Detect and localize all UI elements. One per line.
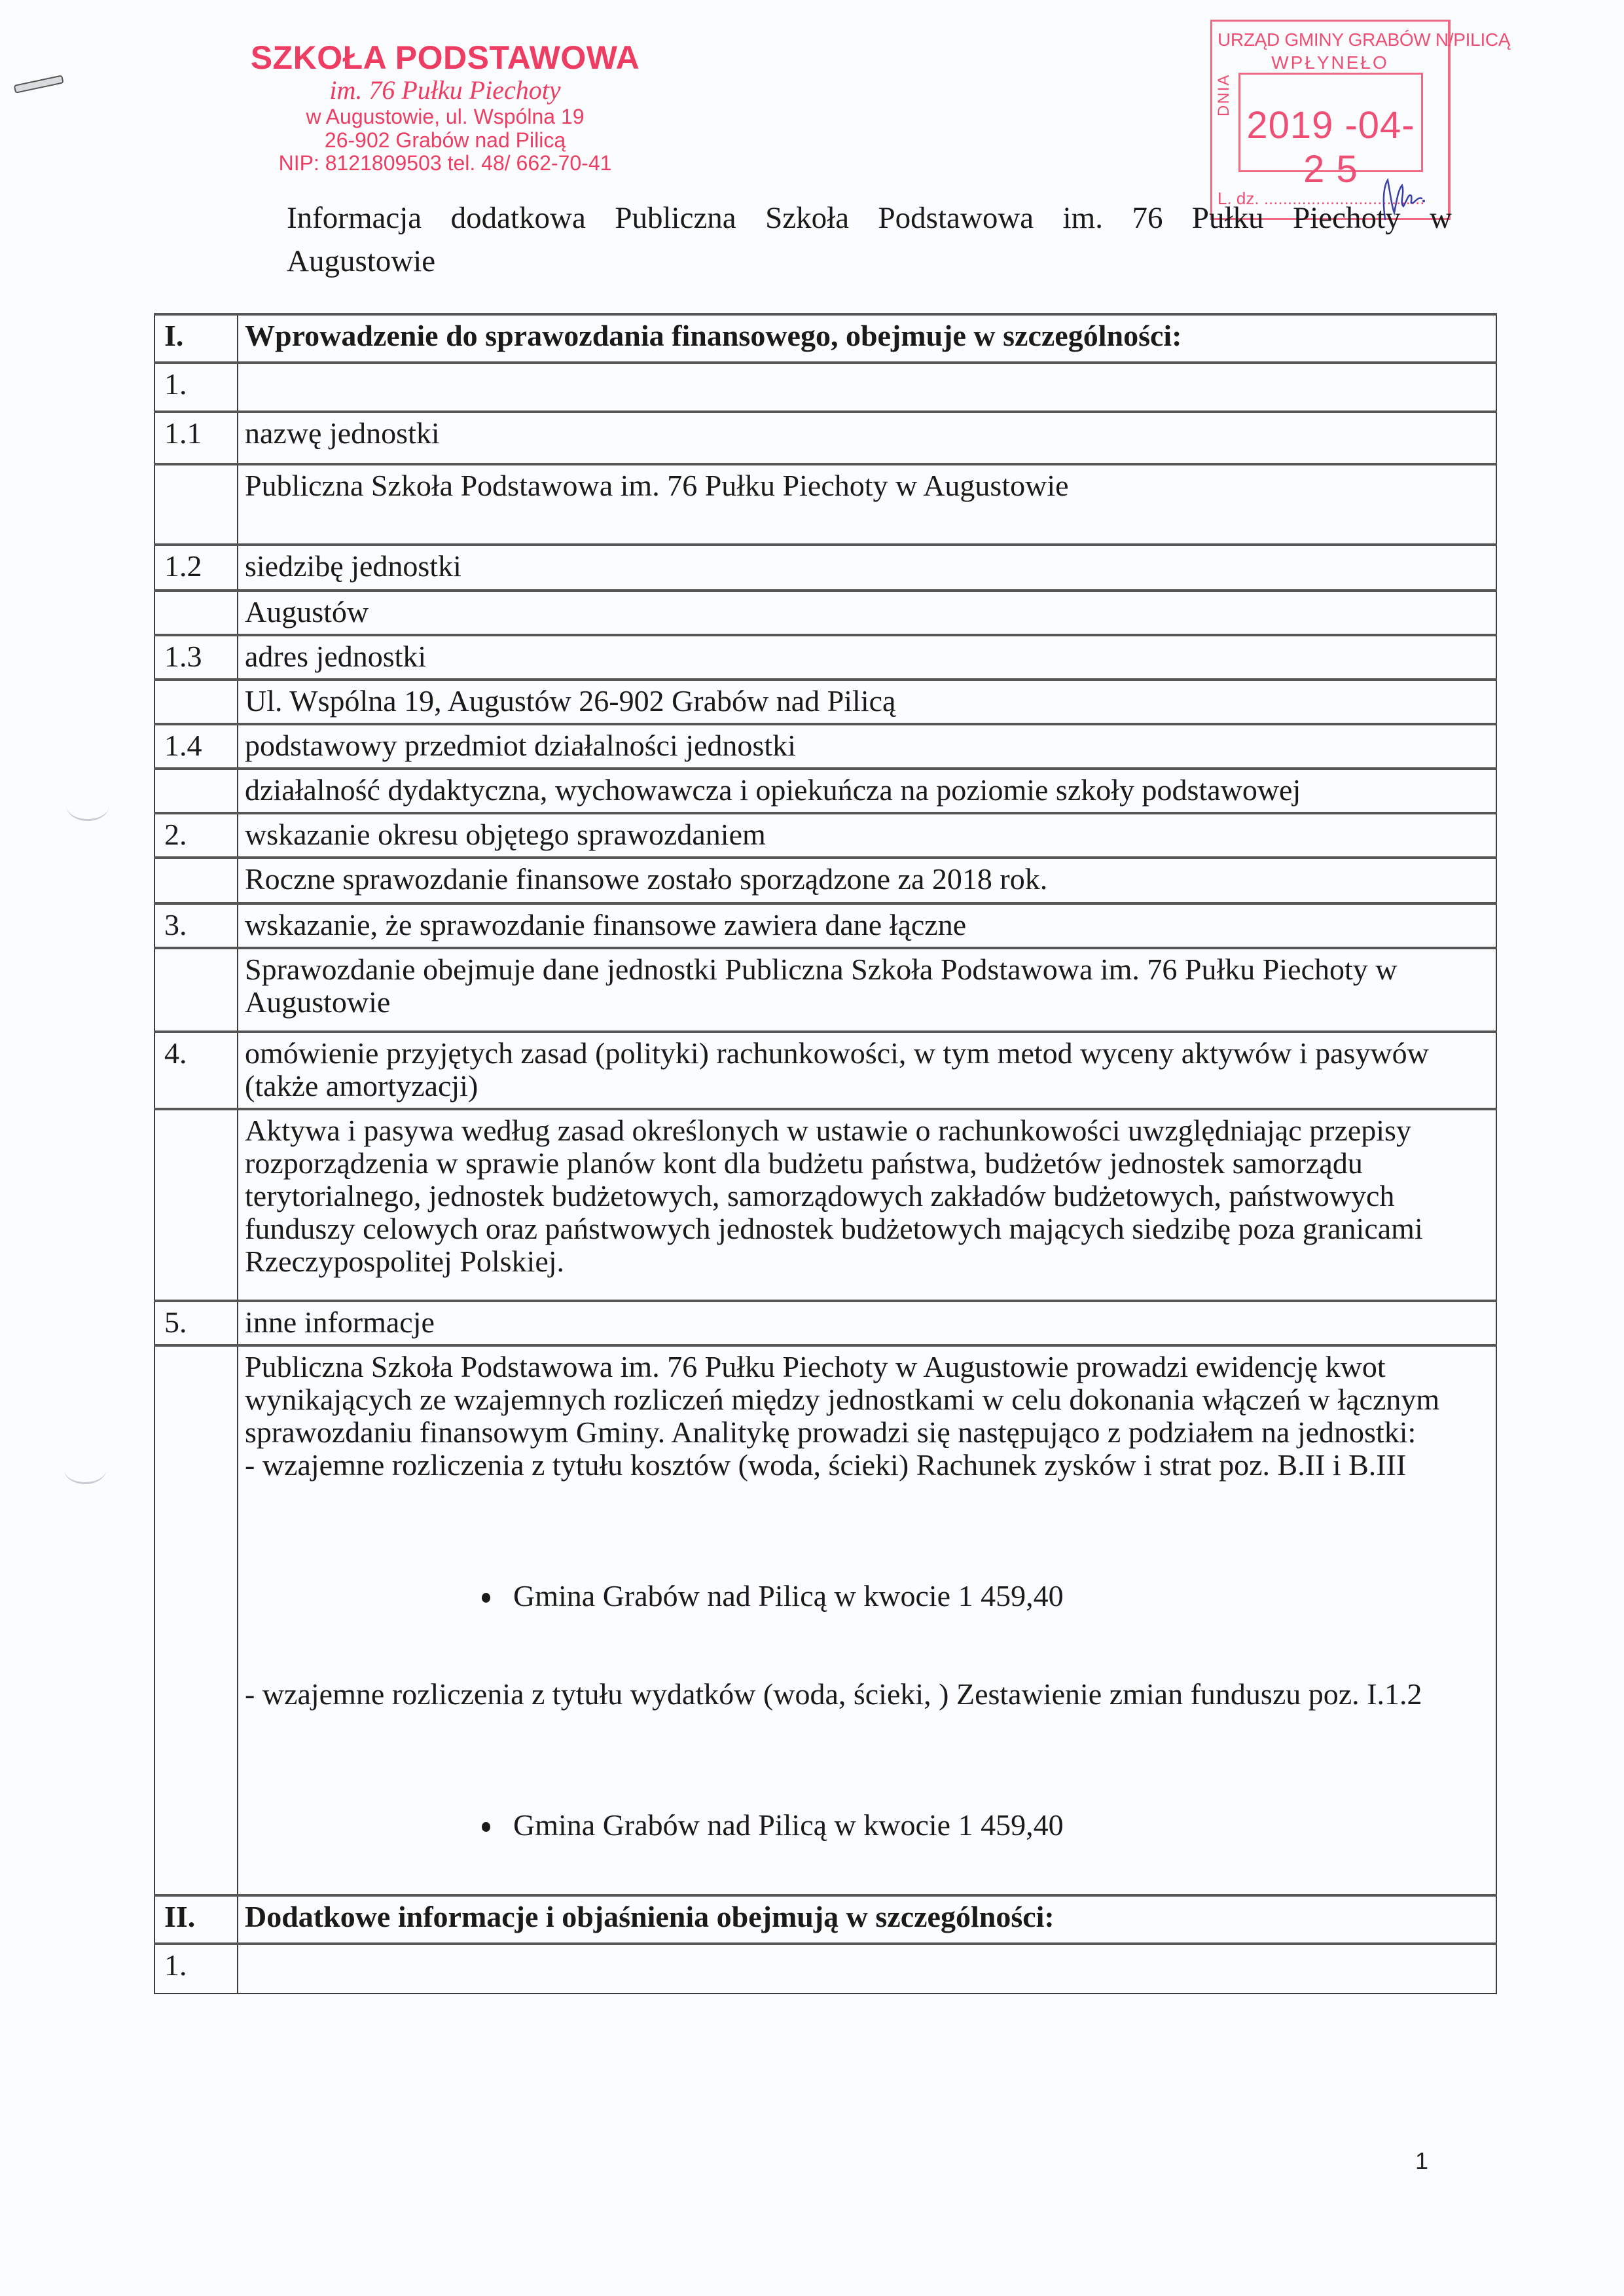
table-row: 3. wskazanie, że sprawozdanie finansowe … xyxy=(154,903,1496,948)
school-stamp-title: SZKOŁA PODSTAWOWA xyxy=(249,39,641,76)
school-stamp-name: im. 76 Pułku Piechoty xyxy=(249,76,641,105)
row-number: 4. xyxy=(154,1032,238,1109)
row-number xyxy=(154,858,238,903)
row-text xyxy=(238,1944,1496,1994)
table-row: 1. xyxy=(154,1944,1496,1994)
row-text: nazwę jednostki xyxy=(238,412,1496,464)
table-row: 4. omówienie przyjętych zasad (polityki)… xyxy=(154,1032,1496,1109)
row-text: Sprawozdanie obejmuje dane jednostki Pub… xyxy=(238,948,1496,1032)
school-stamp: SZKOŁA PODSTAWOWA im. 76 Pułku Piechoty … xyxy=(249,39,641,175)
document-heading: Informacja dodatkowa Publiczna Szkoła Po… xyxy=(287,196,1452,283)
other-info-item-costs: - wzajemne rozliczenia z tytułu kosztów … xyxy=(245,1449,1489,1482)
row-number: 1.2 xyxy=(154,545,238,591)
other-info-bullet-costs: Gmina Grabów nad Pilicą w kwocie 1 459,4… xyxy=(245,1580,1489,1613)
row-number xyxy=(154,680,238,724)
row-text: Aktywa i pasywa według zasad określonych… xyxy=(238,1109,1496,1301)
row-number: 1. xyxy=(154,1944,238,1994)
table-row: 1.3 adres jednostki xyxy=(154,635,1496,680)
section-number: II. xyxy=(154,1895,238,1944)
row-number: 1. xyxy=(154,363,238,412)
row-number xyxy=(154,1345,238,1895)
table-row: Roczne sprawozdanie finansowe zostało sp… xyxy=(154,858,1496,903)
punch-hole-mark xyxy=(67,802,109,821)
incoming-stamp-date-label: DNIA xyxy=(1215,74,1233,117)
row-number xyxy=(154,948,238,1032)
incoming-stamp-received: WPŁYNEŁO xyxy=(1212,52,1448,73)
table-row: 1. xyxy=(154,363,1496,412)
punch-hole-mark xyxy=(64,1465,106,1484)
row-number: 1.4 xyxy=(154,724,238,769)
table-row: 1.2 siedzibę jednostki xyxy=(154,545,1496,591)
row-number xyxy=(154,769,238,813)
row-text: omówienie przyjętych zasad (polityki) ra… xyxy=(238,1032,1496,1109)
other-info-row: Publiczna Szkoła Podstawowa im. 76 Pułku… xyxy=(154,1345,1496,1895)
incoming-stamp-date-box: 2019 -04- 2 5 xyxy=(1238,73,1423,172)
row-number: 2. xyxy=(154,813,238,858)
row-text: Augustów xyxy=(238,591,1496,635)
table-row: Ul. Wspólna 19, Augustów 26-902 Grabów n… xyxy=(154,680,1496,724)
row-number: 1.3 xyxy=(154,635,238,680)
row-number xyxy=(154,1109,238,1301)
row-text: podstawowy przedmiot działalności jednos… xyxy=(238,724,1496,769)
table-row: Augustów xyxy=(154,591,1496,635)
section-number: I. xyxy=(154,314,238,363)
school-stamp-ids: NIP: 8121809503 tel. 48/ 662-70-41 xyxy=(249,152,641,175)
table-row: działalność dydaktyczna, wychowawcza i o… xyxy=(154,769,1496,813)
row-text: inne informacje xyxy=(238,1301,1496,1345)
row-number: 1.1 xyxy=(154,412,238,464)
row-number: 3. xyxy=(154,903,238,948)
row-text: działalność dydaktyczna, wychowawcza i o… xyxy=(238,769,1496,813)
section-title: Dodatkowe informacje i objaśnienia obejm… xyxy=(238,1895,1496,1944)
table-row: Aktywa i pasywa według zasad określonych… xyxy=(154,1109,1496,1301)
other-info-cell: Publiczna Szkoła Podstawowa im. 76 Pułku… xyxy=(238,1345,1496,1895)
staple-mark xyxy=(14,75,64,94)
section-header-row: II. Dodatkowe informacje i objaśnienia o… xyxy=(154,1895,1496,1944)
row-text: wskazanie, że sprawozdanie finansowe zaw… xyxy=(238,903,1496,948)
page-number: 1 xyxy=(1415,2147,1428,2175)
table-row: Publiczna Szkoła Podstawowa im. 76 Pułku… xyxy=(154,464,1496,545)
other-info-bullet-expenses: Gmina Grabów nad Pilicą w kwocie 1 459,4… xyxy=(245,1809,1489,1842)
row-number xyxy=(154,464,238,545)
row-number xyxy=(154,591,238,635)
row-text: Ul. Wspólna 19, Augustów 26-902 Grabów n… xyxy=(238,680,1496,724)
table-row: 5. inne informacje xyxy=(154,1301,1496,1345)
section-header-row: I. Wprowadzenie do sprawozdania finansow… xyxy=(154,314,1496,363)
row-text: Publiczna Szkoła Podstawowa im. 76 Pułku… xyxy=(238,464,1496,545)
section-title: Wprowadzenie do sprawozdania finansowego… xyxy=(238,314,1496,363)
table-row: 1.1 nazwę jednostki xyxy=(154,412,1496,464)
row-text: wskazanie okresu objętego sprawozdaniem xyxy=(238,813,1496,858)
row-text: siedzibę jednostki xyxy=(238,545,1496,591)
other-info-item-expenses: - wzajemne rozliczenia z tytułu wydatków… xyxy=(245,1678,1489,1711)
table-row: 1.4 podstawowy przedmiot działalności je… xyxy=(154,724,1496,769)
table-row: Sprawozdanie obejmuje dane jednostki Pub… xyxy=(154,948,1496,1032)
report-table: I. Wprowadzenie do sprawozdania finansow… xyxy=(154,313,1497,1994)
row-text: adres jednostki xyxy=(238,635,1496,680)
row-text xyxy=(238,363,1496,412)
row-text: Roczne sprawozdanie finansowe zostało sp… xyxy=(238,858,1496,903)
table-row: 2. wskazanie okresu objętego sprawozdani… xyxy=(154,813,1496,858)
school-stamp-address2: 26-902 Grabów nad Pilicą xyxy=(249,129,641,153)
row-number: 5. xyxy=(154,1301,238,1345)
school-stamp-address1: w Augustowie, ul. Wspólna 19 xyxy=(249,105,641,129)
incoming-stamp-organization: URZĄD GMINY GRABÓW N/PILICĄ xyxy=(1218,29,1444,50)
other-info-paragraph: Publiczna Szkoła Podstawowa im. 76 Pułku… xyxy=(245,1351,1489,1449)
